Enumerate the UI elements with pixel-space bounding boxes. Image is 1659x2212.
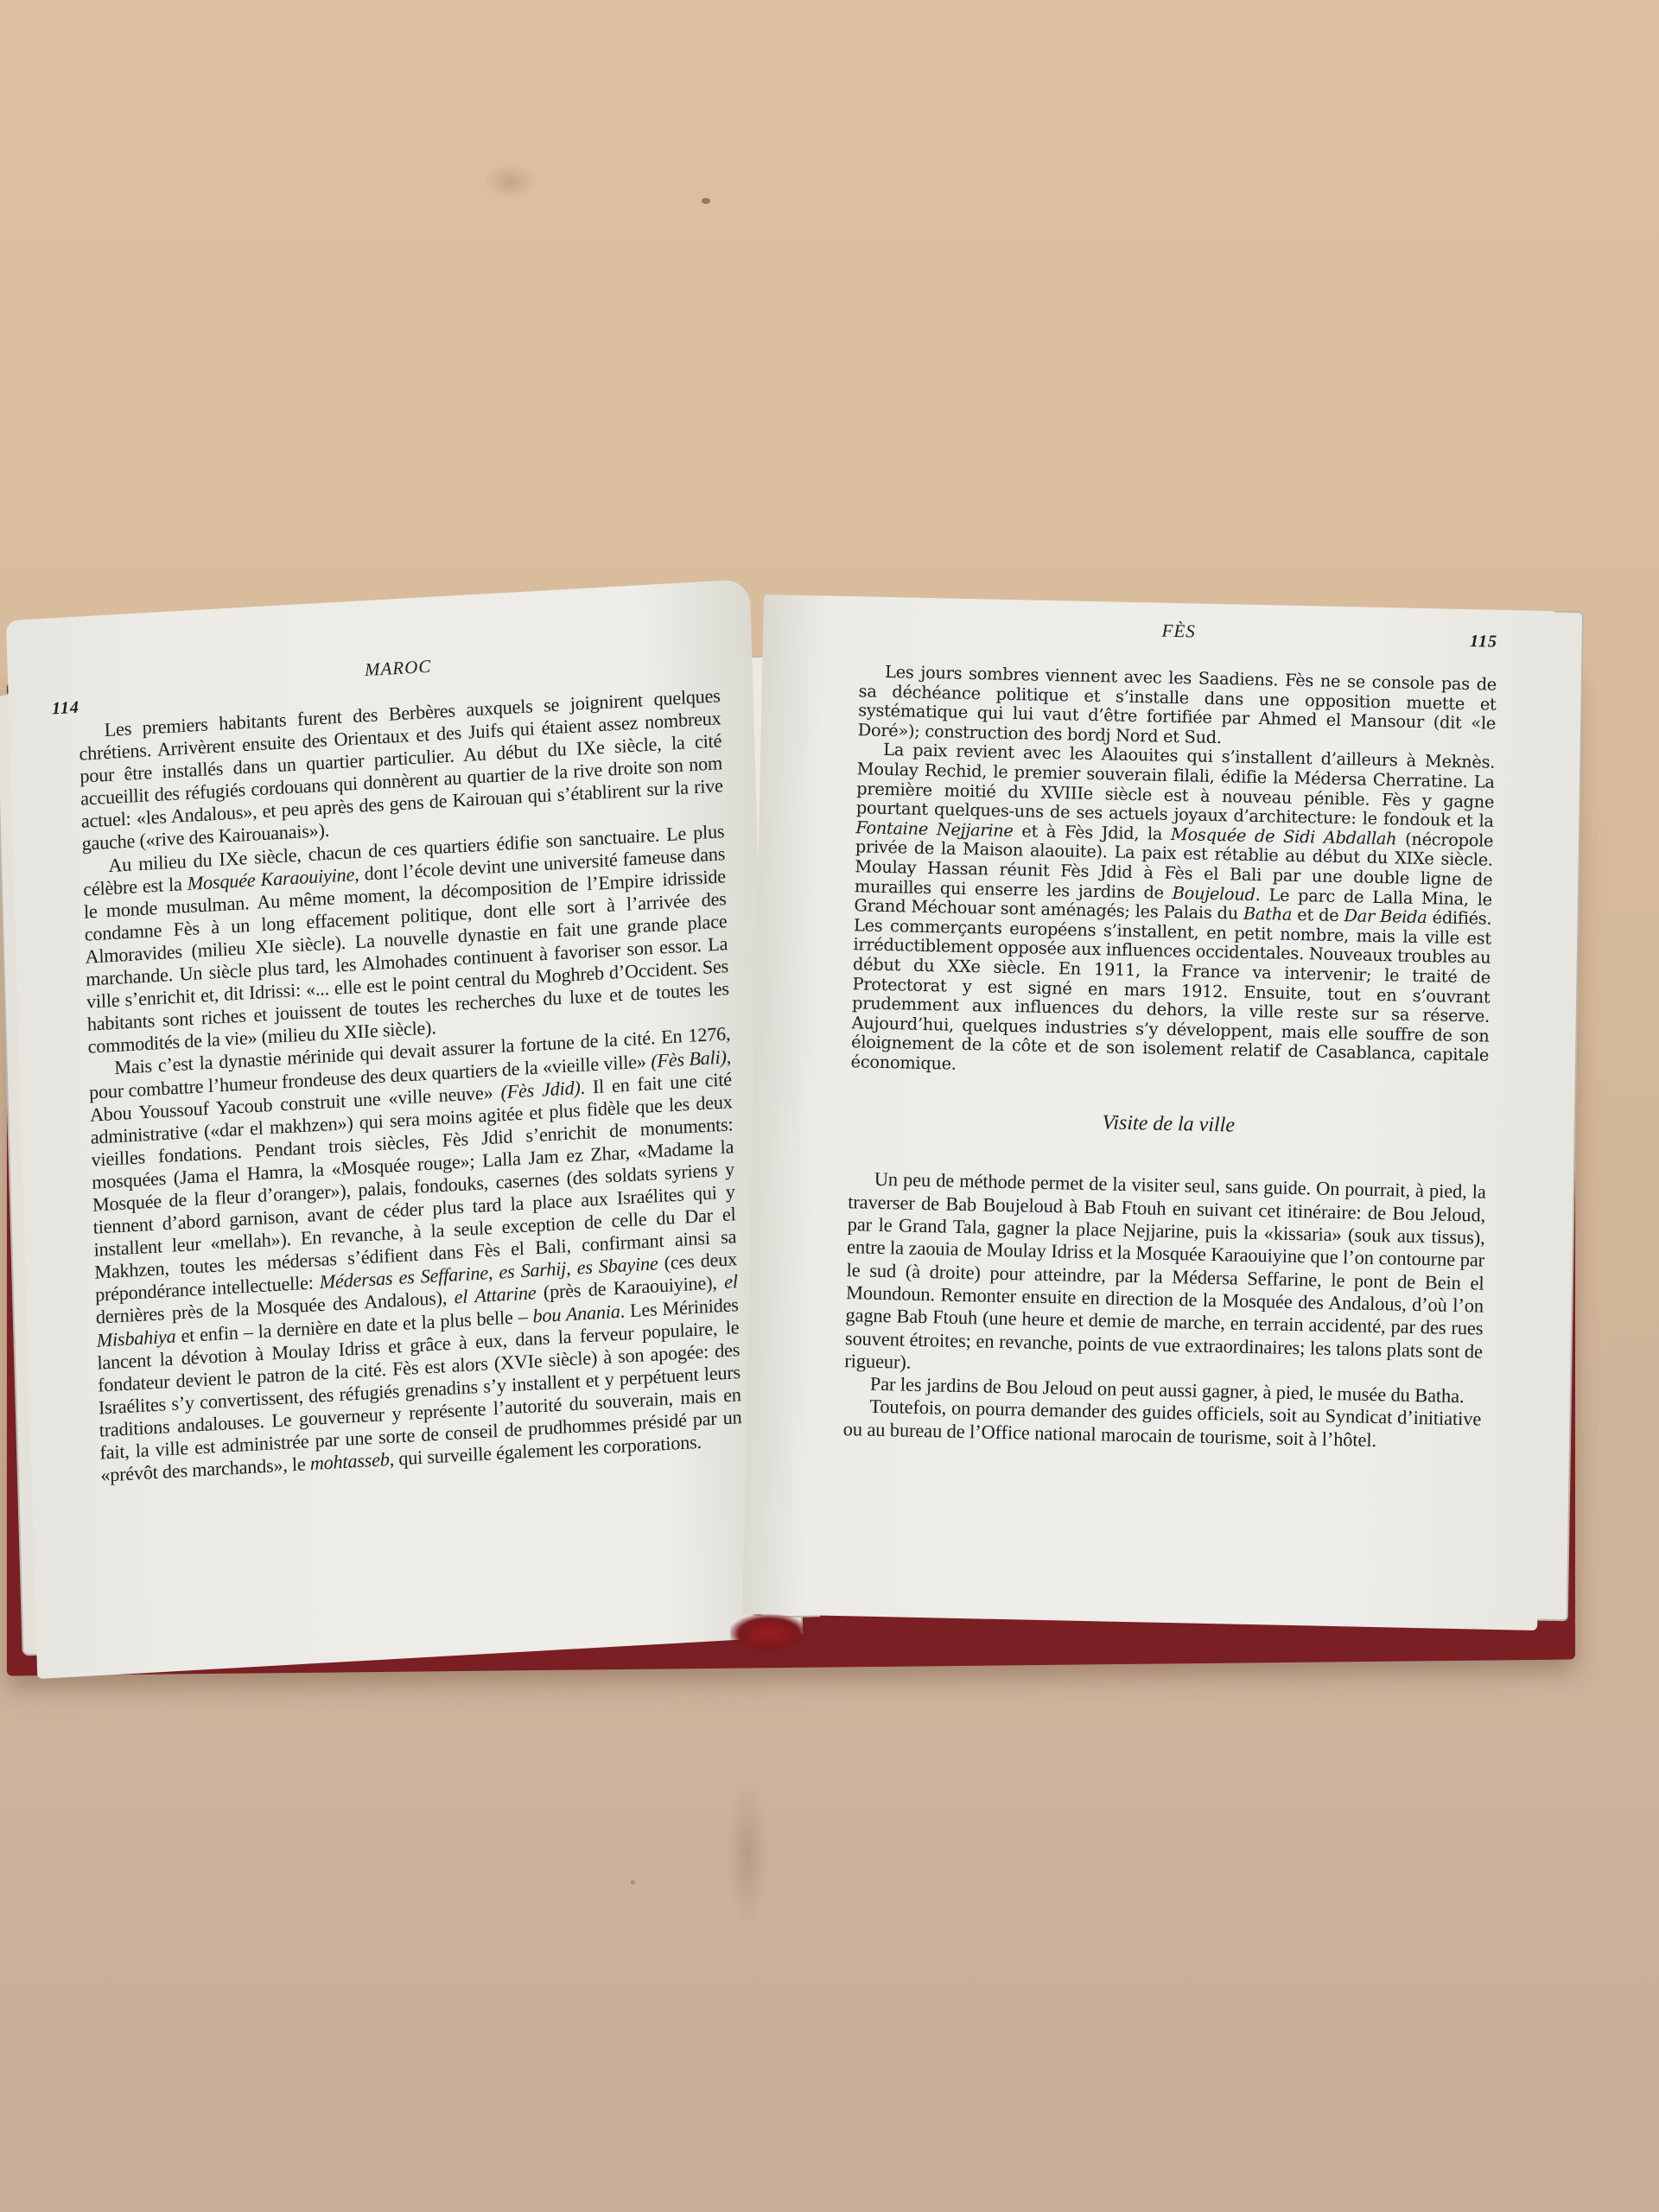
italic-term: mohtasseb — [310, 1448, 390, 1474]
table-stain — [726, 1780, 769, 1927]
page-number: 115 — [1470, 632, 1497, 652]
text-run: Les jours sombres viennent avec les Saad… — [858, 662, 1497, 747]
italic-term: Batha — [1243, 904, 1293, 925]
right-page: FÈS 115 Les jours sombres viennent avec … — [742, 594, 1559, 1630]
table-stain — [484, 164, 536, 199]
paragraph: Mais c’est la dynastie mérinide qui deva… — [88, 1023, 743, 1487]
italic-term: el Attarine — [454, 1282, 536, 1308]
left-page-body: Les premiers habitants furent des Berbèr… — [78, 684, 742, 1487]
paragraph: Au milieu du IXe siècle, chacun de ces q… — [82, 820, 730, 1058]
running-head-title: MAROC — [77, 639, 720, 697]
section-heading: Visite de la ville — [849, 1107, 1487, 1143]
frayed-spine — [730, 1614, 808, 1653]
right-page-history-body: Les jours sombres viennent avec les Saad… — [850, 662, 1497, 1085]
visit-section-body: Un peu de méthode permet de la visiter s… — [843, 1168, 1486, 1454]
text-run: La paix revient avec les Alaouites qui s… — [856, 740, 1496, 831]
italic-term: (Fès Jdid) — [500, 1077, 581, 1103]
italic-term: (Fès Bali) — [651, 1046, 727, 1071]
running-head-title: FÈS — [860, 613, 1497, 648]
table-speck — [631, 1880, 635, 1885]
page-number: 114 — [52, 698, 80, 720]
paragraph: Un peu de méthode permet de la visiter s… — [844, 1168, 1486, 1386]
italic-term: Boujeloud — [1173, 883, 1255, 905]
italic-term: Dar Beida — [1344, 906, 1427, 927]
text-run: et de — [1292, 905, 1344, 925]
paragraph: Les jours sombres viennent avec les Saad… — [857, 662, 1497, 753]
table-speck — [702, 198, 710, 204]
text-run: édifiés. Les commerçants européens s’ins… — [850, 907, 1491, 1073]
left-page: MAROC 114 Les premiers habitants furent … — [6, 579, 781, 1679]
paragraph: La paix revient avec les Alaouites qui s… — [850, 741, 1495, 1085]
